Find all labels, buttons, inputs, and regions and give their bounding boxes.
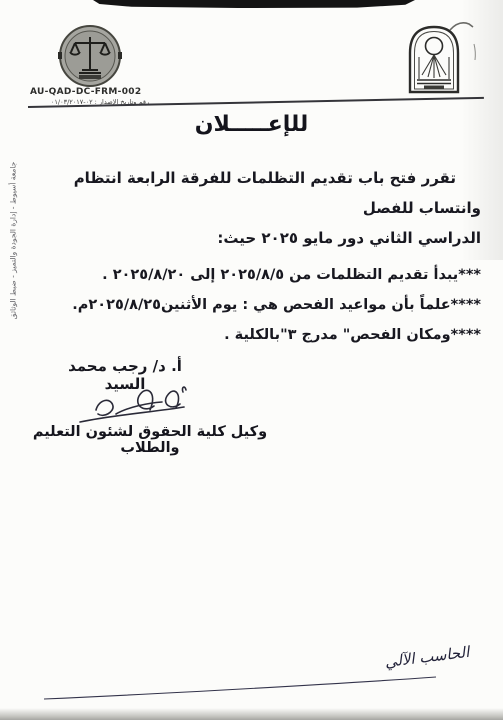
margin-document-control-text: جامعة أسيوط - إدارة الجودة والتميز - ضبط… [9,144,22,338]
scan-edge-band-top [93,0,415,8]
scales-of-justice-seal-icon [57,24,123,88]
handwritten-signature-icon [52,380,202,428]
scan-edge-band-bottom [0,708,503,720]
form-code: AU-QAD-DC-FRM-002 [30,87,166,97]
bullet-item: ****علماً بأن مواعيد الفحص هي : يوم الأث… [28,290,481,320]
intro-line: تقرر فتح باب تقديم التظلمات للفرقة الراب… [28,163,481,223]
bullet-item: ****ومكان الفحص" مدرج ٣"بالكلية . [28,320,481,350]
scanned-announcement-page: AU-QAD-DC-FRM-002 رقم وتاريخ الإصدار : ٠… [0,0,503,720]
page-title: للإعـــــلان [0,112,503,137]
staple-mark-icon [447,14,487,66]
signatory-role: وكيل كلية الحقوق لشئون التعليم والطلاب [22,424,278,456]
announcement-body: تقرر فتح باب تقديم التظلمات للفرقة الراب… [28,163,481,350]
bullet-list: ***يبدأ تقديم التظلمات من ٢٠٢٥/٨/٥ إلى ٢… [28,260,481,350]
handwritten-underline-stroke [38,672,444,704]
intro-line: الدراسي الثاني دور مايو ٢٠٢٥ حيث: [28,223,481,253]
handwritten-note: الحاسب الآلي [367,641,486,673]
bullet-item: ***يبدأ تقديم التظلمات من ٢٠٢٥/٨/٥ إلى ٢… [28,260,481,290]
